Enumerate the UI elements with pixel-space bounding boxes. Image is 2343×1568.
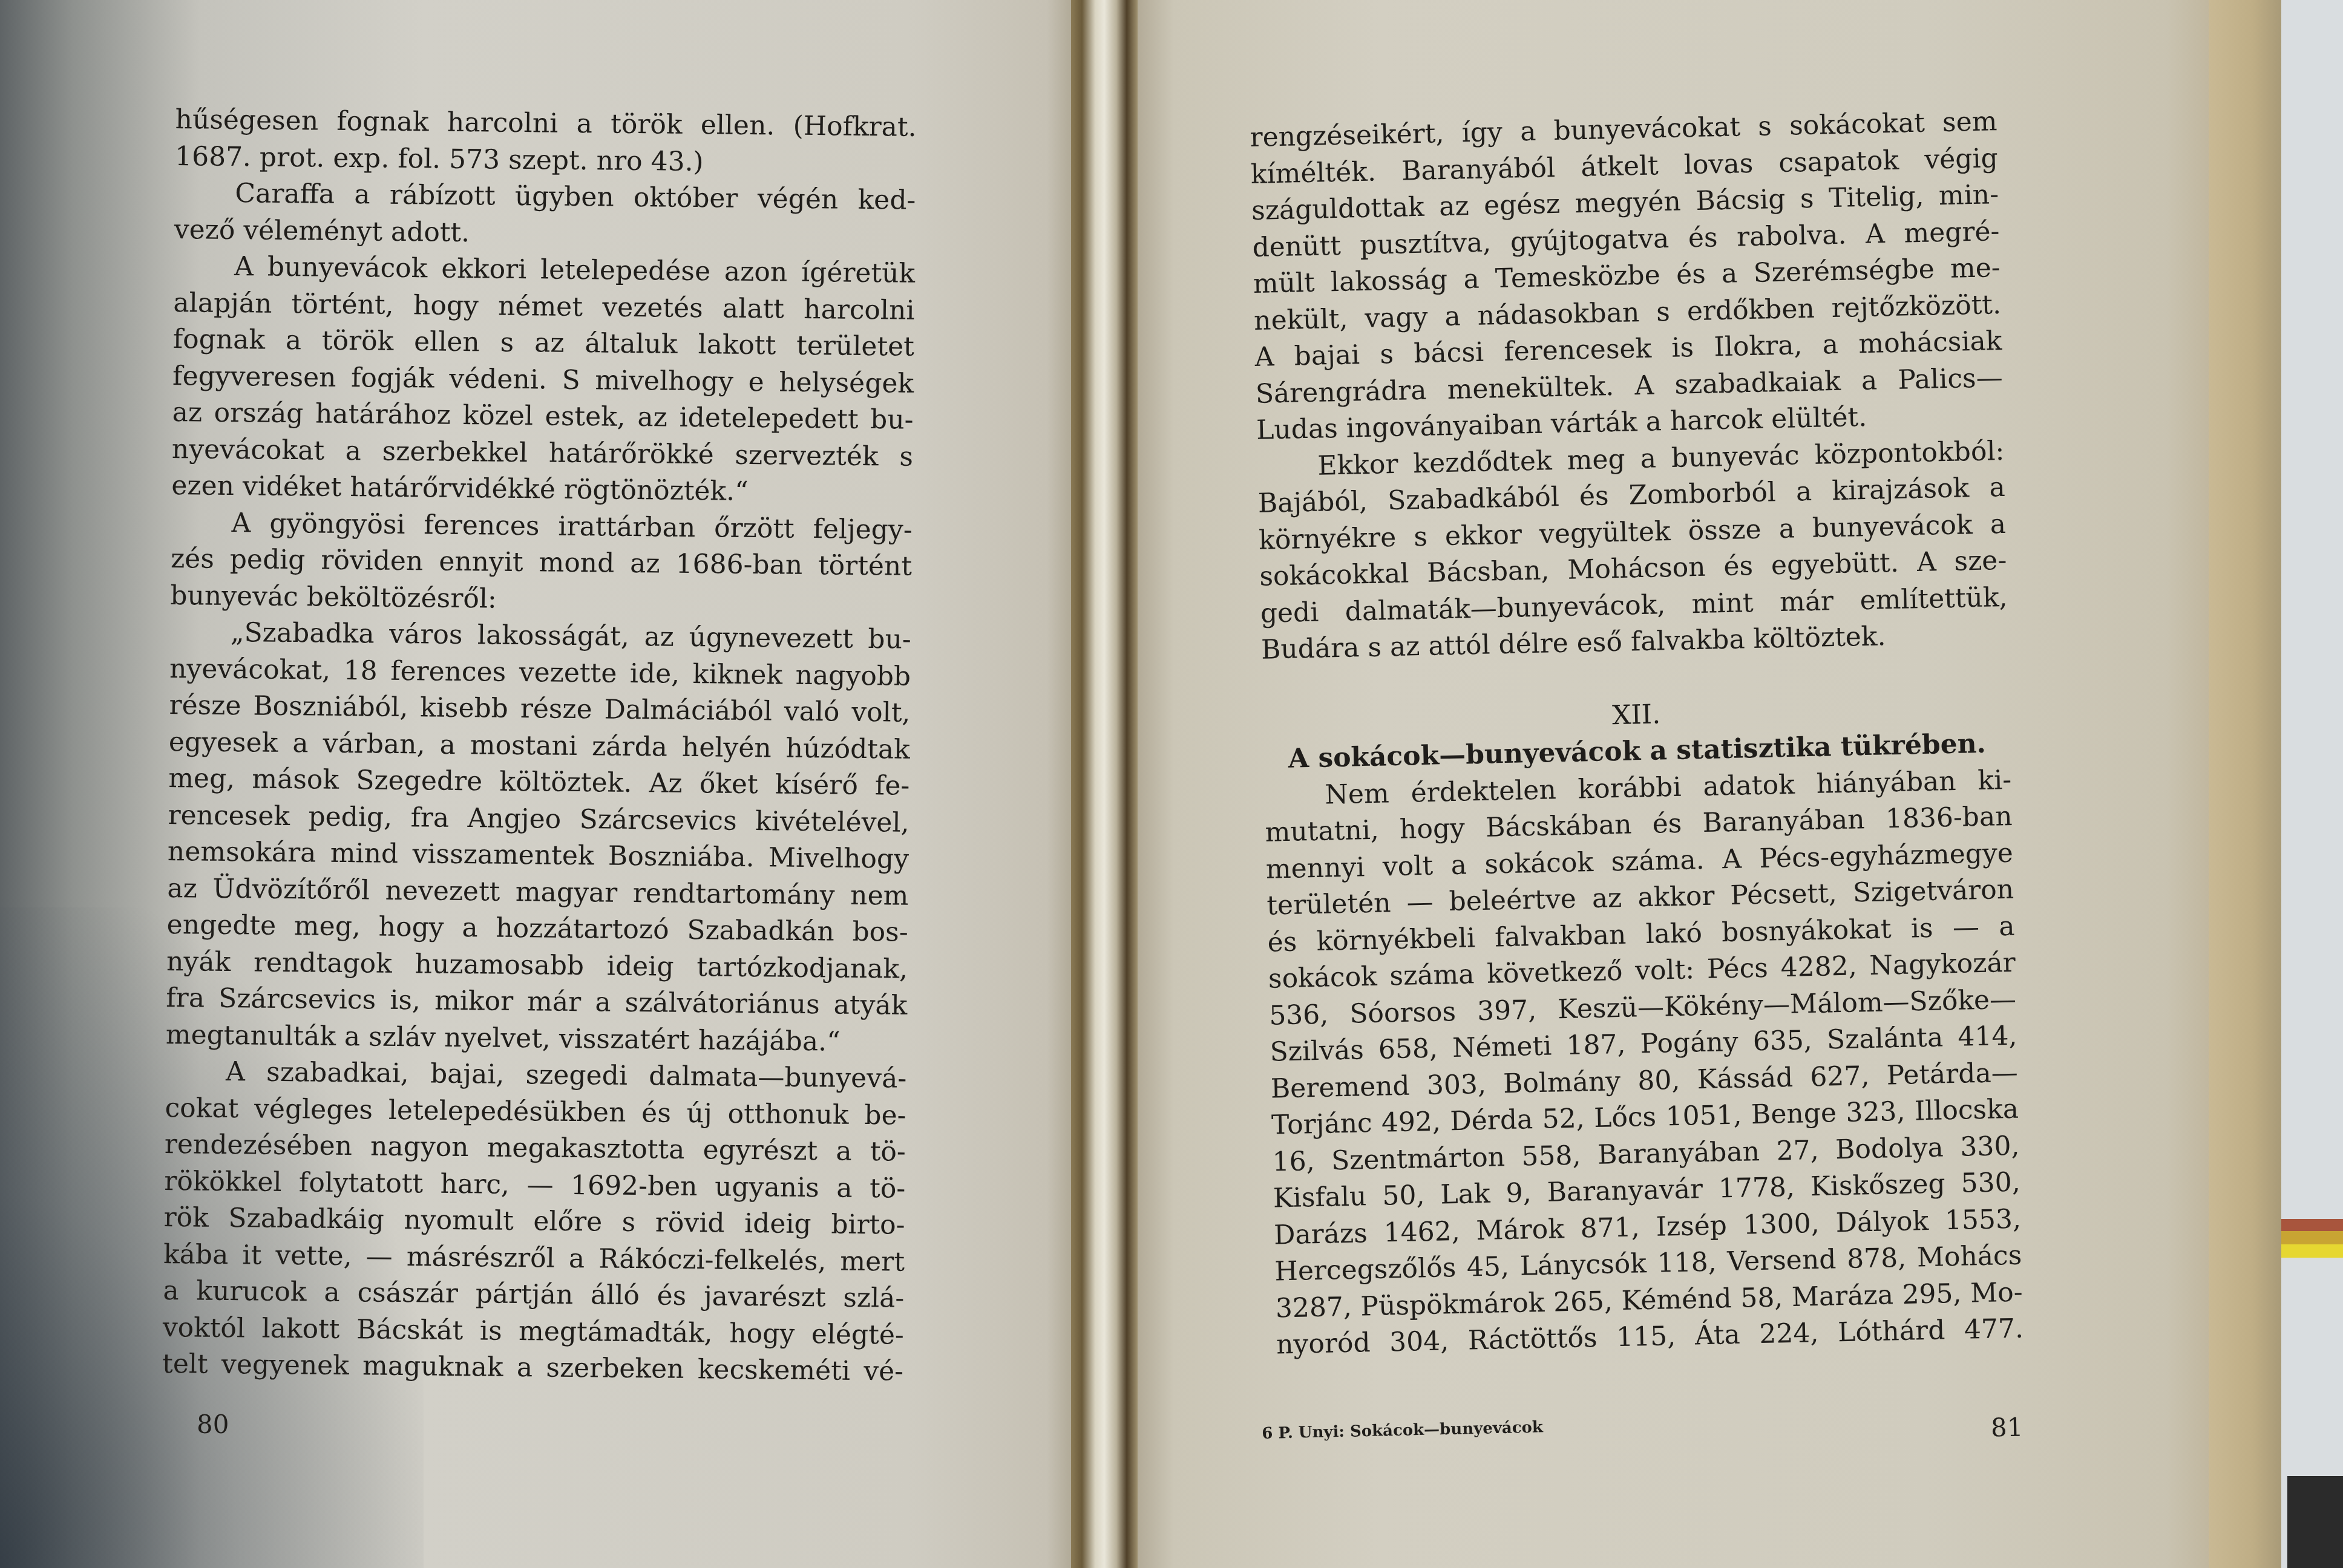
colored-stripe-ochre — [2281, 1231, 2343, 1244]
page-number-left: 80 — [197, 1410, 229, 1439]
text-line: telt vegyenek maguknak a szerbeken kecsk… — [162, 1346, 904, 1390]
dark-object-corner — [2287, 1476, 2343, 1568]
right-page-body-text: rengzéseikért, így a bunyevácokat s soká… — [1250, 103, 2024, 1364]
page-stack-edge — [2209, 0, 2281, 1568]
book-spine-gutter — [1071, 0, 1138, 1568]
left-page-body-text: hűségesen fognak harcolni a török ellen.… — [162, 102, 917, 1390]
open-book-spread: hűségesen fognak harcolni a török ellen.… — [0, 0, 2343, 1568]
colored-stripe-yellow — [2281, 1244, 2343, 1258]
page-number-right: 81 — [1991, 1413, 2023, 1443]
colored-stripe-red — [2281, 1219, 2343, 1231]
